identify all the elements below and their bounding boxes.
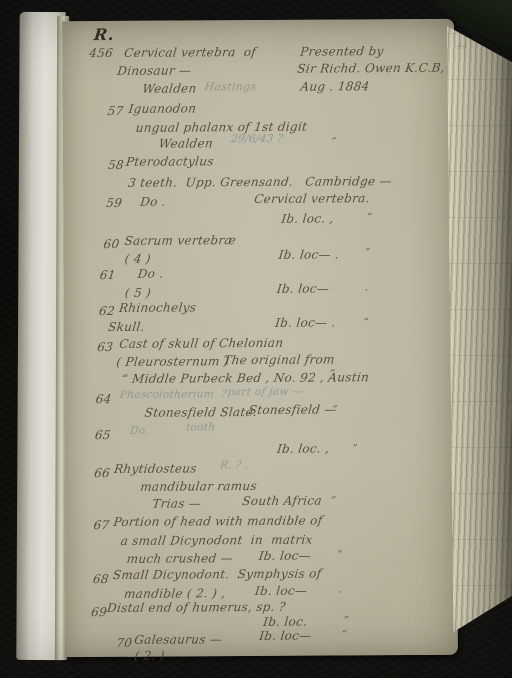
handwritten-line: ”: [331, 405, 338, 415]
pencil-annotation: part of jaw —: [227, 387, 304, 398]
handwritten-line: .: [339, 585, 344, 595]
donor-note: Presented by: [300, 45, 385, 58]
handwritten-line: Skull.: [107, 321, 145, 333]
donor-name: Sir Richd. Owen K.C.B,: [297, 62, 446, 75]
entry-number: 60: [103, 238, 120, 250]
handwriting-layer: R.456Cervical vertebra ofPresented byDin…: [0, 0, 512, 678]
handwritten-line: mandibular ramus: [140, 480, 258, 493]
folio-corner-mark: 44: [456, 43, 468, 51]
handwritten-line: Ib. loc. ,: [281, 212, 335, 224]
handwritten-line: Do .: [140, 196, 167, 208]
handwritten-line: Wealden: [158, 137, 213, 149]
date-note: Aug . 1884: [300, 80, 370, 92]
handwritten-line: Cast of skull of Chelonian: [119, 337, 284, 350]
entry-number: 70: [116, 637, 133, 649]
pencil-annotation: R. ? .: [220, 460, 250, 471]
handwritten-line: a small Dicynodont in matrix: [120, 534, 313, 547]
entry-number: 62: [98, 305, 115, 317]
handwritten-line: Cervical vertebra.: [254, 192, 371, 205]
handwritten-line: Dinosaur —: [117, 64, 192, 77]
handwritten-line: Sacrum vertebræ: [124, 234, 237, 247]
handwritten-line: South Africa: [242, 495, 323, 508]
entry-number: 59: [106, 197, 123, 209]
handwritten-line: ”: [366, 213, 373, 223]
entry-number: 61: [99, 269, 116, 281]
handwritten-line: Ib. loc—: [276, 282, 330, 294]
handwritten-line: ”: [330, 496, 337, 506]
entry-number: 57: [107, 105, 124, 117]
handwritten-line: Rhinochelys: [118, 301, 197, 314]
entry-number: 68: [92, 573, 109, 585]
handwritten-line: The original from: [223, 353, 336, 366]
handwritten-line: ”: [329, 369, 336, 379]
handwritten-line: Ib. loc— .: [274, 316, 336, 328]
handwritten-line: ( 5 ): [124, 287, 152, 299]
handwritten-line: Ib. loc.: [263, 616, 308, 628]
handwritten-line: ”: [343, 616, 350, 626]
handwritten-line: Galesaurus —: [134, 633, 223, 646]
handwritten-line: ( 2. ): [134, 650, 166, 662]
entry-number: 67: [93, 519, 110, 531]
entry-number: 58: [107, 159, 124, 171]
handwritten-line: Hastings: [204, 81, 257, 92]
handwritten-line: Portion of head with mandible of: [113, 515, 323, 528]
pencil-annotation: Do.: [129, 426, 149, 437]
handwritten-line: ( Pleurosternum ): [116, 355, 230, 368]
handwritten-line: Do .: [137, 268, 164, 280]
handwritten-line: Ib. loc— .: [278, 248, 340, 260]
handwritten-line: Stonesfield Slate.: [144, 406, 258, 419]
handwritten-line: mandible ( 2. ) ,: [123, 587, 226, 600]
handwritten-line: Trias —: [152, 497, 202, 509]
handwritten-line: Ib. loc—: [254, 585, 308, 597]
handwritten-line: Wealden: [142, 82, 197, 94]
handwritten-line: Small Dicynodont. Symphysis of: [112, 568, 322, 581]
pencil-annotation: 29/6/43 ?: [230, 134, 283, 145]
entry-number: 63: [97, 341, 114, 353]
handwritten-line: Rhytidosteus: [113, 462, 197, 475]
handwritten-line: ”: [330, 137, 337, 147]
handwritten-line: ”: [341, 630, 348, 640]
handwritten-line: Ib. loc. ,: [276, 442, 330, 454]
handwritten-line: ”: [363, 318, 370, 328]
handwritten-line: Iguanodon: [128, 102, 197, 114]
handwritten-line: Cervical vertebra of: [124, 46, 257, 59]
handwritten-line: Stonesfield —: [248, 403, 337, 416]
pencil-annotation: tooth: [185, 422, 216, 433]
handwritten-line: ( 4 ): [124, 253, 152, 265]
entry-number: 64: [95, 393, 112, 405]
handwritten-line: .: [364, 283, 369, 293]
handwritten-line: Pterodactylus: [125, 155, 214, 168]
entry-number: 65: [94, 429, 111, 441]
section-letter: R.: [93, 27, 116, 43]
handwritten-line: Ib. loc—: [258, 550, 312, 562]
handwritten-line: ”: [364, 248, 371, 258]
handwritten-line: ”: [336, 550, 343, 560]
entry-number: 69: [90, 606, 107, 618]
entry-number: 456: [89, 47, 114, 59]
handwritten-line: 3 teeth. Upp. Greensand. Cambridge —: [127, 175, 392, 189]
handwritten-line: much crushed —: [126, 552, 234, 565]
entry-number: 66: [94, 467, 111, 479]
handwritten-line: Distal end of humerus, sp. ?: [106, 601, 286, 614]
pencil-annotation: Phascolotherium ?: [119, 389, 228, 400]
handwritten-line: ”: [352, 444, 359, 454]
handwritten-line: Ib. loc—: [259, 630, 313, 642]
